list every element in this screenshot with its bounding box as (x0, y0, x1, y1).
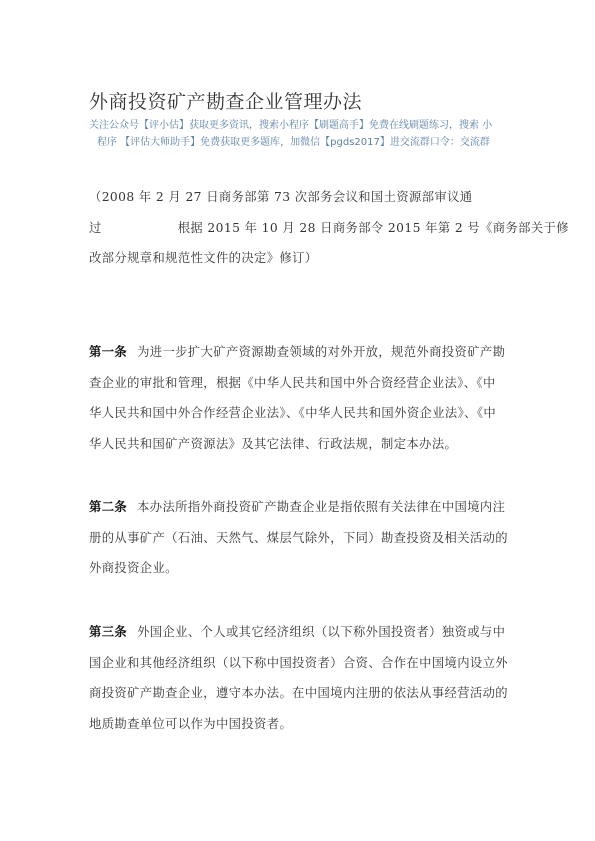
document-page: 外商投资矿产勘查企业管理办法 关注公众号【评小估】获取更多资讯，搜索小程序【刷题… (0, 0, 595, 841)
article-2-line-1: 第二条本办法所指外商投资矿产勘查企业是指依照有关法律在中国境内注 (89, 492, 509, 523)
document-title: 外商投资矿产勘查企业管理办法 (89, 87, 362, 114)
promo-notice: 关注公众号【评小估】获取更多资讯，搜索小程序【刷题高手】免费在线刷题练习，搜索 … (89, 117, 509, 151)
article-1-line-2: 查企业的审批和管理，根据《中华人民共和国中外合资经营企业法》、《中 (89, 368, 509, 399)
article-3-line-1: 第三条外国企业、个人或其它经济组织（以下称外国投资者）独资或与中 (89, 617, 509, 648)
article-3-line-4: 地质勘查单位可以作为中国投资者。 (89, 709, 509, 740)
article-text: 本办法所指外商投资矿产勘查企业是指依照有关法律在中国境内注 (137, 500, 505, 514)
article-text: 外国企业、个人或其它经济组织（以下称外国投资者）独资或与中 (137, 625, 505, 639)
article-1-line-4: 华人民共和国矿产资源法》及其它法律、行政法规，制定本办法。 (89, 429, 509, 460)
article-1-line-3: 华人民共和国中外合作经营企业法》、《中华人民共和国外资企业法》、《中 (89, 398, 509, 429)
article-3: 第三条外国企业、个人或其它经济组织（以下称外国投资者）独资或与中 国企业和其他经… (89, 617, 509, 739)
preamble-line-2: 过根据 2015 年 10 月 28 日商务部令 2015 年第 2 号《商务部… (89, 213, 509, 244)
article-2-label: 第二条 (89, 500, 127, 514)
article-2-line-3: 外商投资企业。 (89, 553, 509, 584)
article-2: 第二条本办法所指外商投资矿产勘查企业是指依照有关法律在中国境内注 册的从事矿产（… (89, 492, 509, 584)
preamble-line-2b: 根据 2015 年 10 月 28 日商务部令 2015 年第 2 号《商务部关… (178, 221, 569, 235)
article-1-label: 第一条 (89, 345, 127, 359)
article-1: 第一条为进一步扩大矿产资源勘查领域的对外开放，规范外商投资矿产勘 查企业的审批和… (89, 337, 509, 459)
article-3-label: 第三条 (89, 625, 127, 639)
preamble-line-1: （2008 年 2 月 27 日商务部第 73 次部务会议和国土资源部审议通 (89, 182, 509, 213)
article-3-line-2: 国企业和其他经济组织（以下称中国投资者）合资、合作在中国境内设立外 (89, 648, 509, 679)
promo-notice-line-2: 程序 【评估大师助手】免费获取更多题库，加微信【pgds2017】进交流群口令：… (89, 134, 509, 151)
preamble-line-3: 改部分规章和规范性文件的决定》修订） (89, 243, 509, 274)
preamble-paragraph: （2008 年 2 月 27 日商务部第 73 次部务会议和国土资源部审议通 过… (89, 182, 509, 274)
article-text: 为进一步扩大矿产资源勘查领域的对外开放，规范外商投资矿产勘 (137, 345, 505, 359)
article-1-line-1: 第一条为进一步扩大矿产资源勘查领域的对外开放，规范外商投资矿产勘 (89, 337, 509, 368)
article-2-line-2: 册的从事矿产（石油、天然气、煤层气除外，下同）勘查投资及相关活动的 (89, 523, 509, 554)
preamble-line-2a: 过 (89, 221, 102, 235)
article-3-line-3: 商投资矿产勘查企业，遵守本办法。在中国境内注册的依法从事经营活动的 (89, 678, 509, 709)
promo-notice-line-1: 关注公众号【评小估】获取更多资讯，搜索小程序【刷题高手】免费在线刷题练习，搜索 … (89, 117, 509, 134)
